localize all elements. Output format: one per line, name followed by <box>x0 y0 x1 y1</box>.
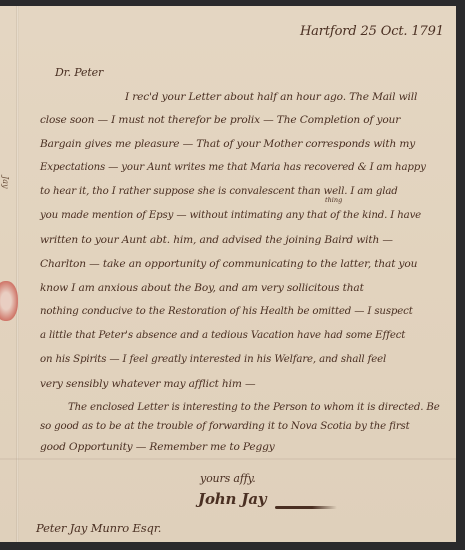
signature-flourish <box>275 506 337 509</box>
dateline: Hartford 25 Oct. 1791 <box>300 24 444 39</box>
vertical-fold-line <box>16 6 19 542</box>
addressee: Peter Jay Munro Esqr. <box>36 521 161 535</box>
closing: yours affy. <box>200 472 256 485</box>
horizontal-fold-line <box>0 458 456 460</box>
body-line-5: to hear it, tho I rather suppose she is … <box>40 186 398 197</box>
body-line-14: The enclosed Letter is interesting to th… <box>68 402 440 413</box>
body-line-12: on his Spirits — I feel greatly interest… <box>40 354 386 365</box>
body-line-16: good Opportunity — Remember me to Peggy <box>40 441 275 453</box>
body-line-10: nothing conducive to the Restoration of … <box>40 306 413 317</box>
body-line-13: very sensibly whatever may afflict him — <box>40 378 255 390</box>
letter-page: Jay Hartford 25 Oct. 1791 Dr. Peter I re… <box>0 6 456 542</box>
body-line-1: I rec'd your Letter about half an hour a… <box>125 91 417 103</box>
signature: John Jay <box>198 490 266 508</box>
body-line-2: close soon — I must not therefor be prol… <box>40 114 400 126</box>
body-line-3: Bargain gives me pleasure — That of your… <box>40 138 415 150</box>
margin-note: Jay <box>1 176 10 189</box>
body-line-8: Charlton — take an opportunity of commun… <box>40 258 417 270</box>
body-line-4: Expectations — your Aunt writes me that … <box>40 162 426 173</box>
interlineation: thing <box>325 196 342 204</box>
body-line-7: written to your Aunt abt. him, and advis… <box>40 234 393 246</box>
body-line-9: know I am anxious about the Boy, and am … <box>40 282 364 294</box>
salutation: Dr. Peter <box>55 66 103 79</box>
body-line-11: a little that Peter's absence and a tedi… <box>40 330 405 341</box>
body-line-15: so good as to be at the trouble of forwa… <box>40 421 410 432</box>
body-line-6: you made mention of Epsy — without intim… <box>40 210 421 221</box>
